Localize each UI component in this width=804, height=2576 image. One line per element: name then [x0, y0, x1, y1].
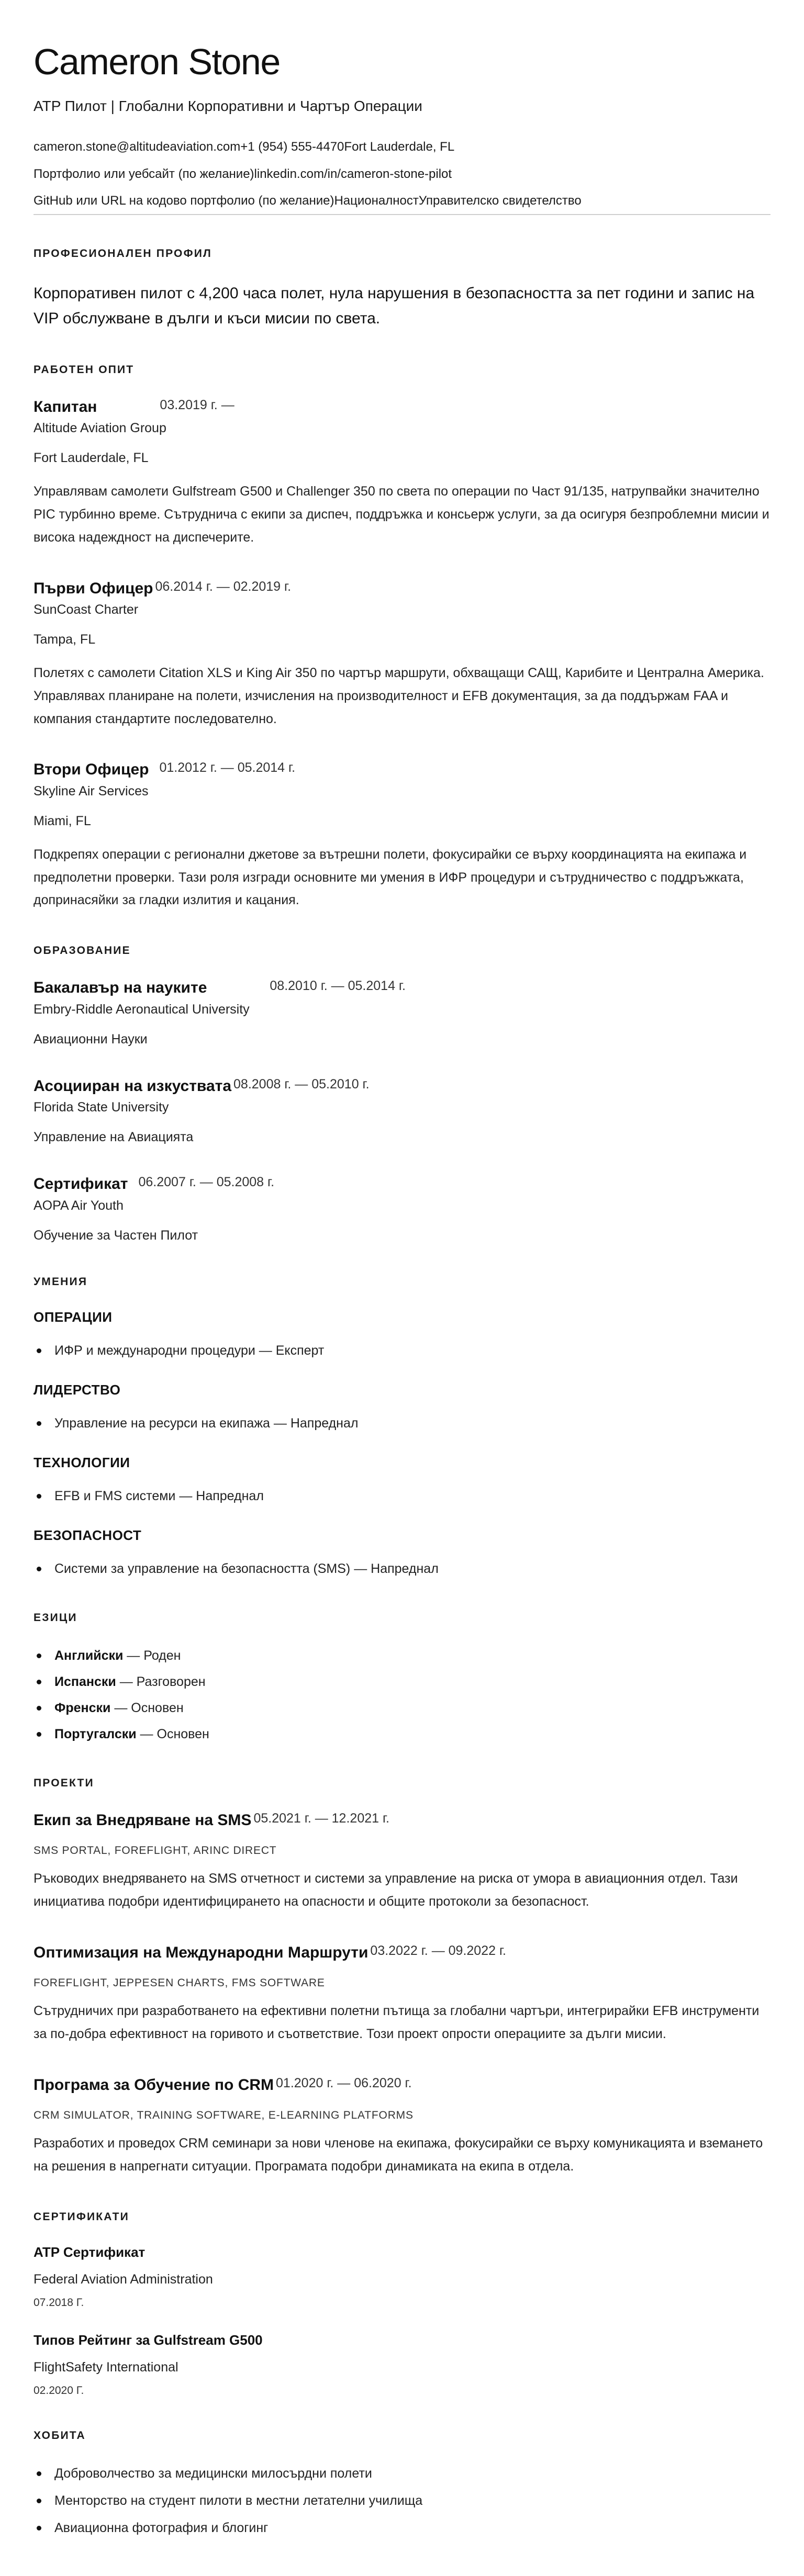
project-title: Оптимизация на Международни Маршрути	[33, 1943, 368, 1963]
project-tech: SMS Portal, ForeFlight, ARINC Direct	[33, 1844, 770, 1857]
skill-item: Управление на ресурси на екипажа — Напре…	[33, 1413, 770, 1434]
skill-group: Операции ИФР и международни процедури — …	[33, 1309, 770, 1361]
project-item: Екип за Внедряване на SMS 05.2021 г. — 1…	[33, 1810, 770, 1914]
certificate-date: 07.2018 г.	[33, 2297, 770, 2309]
projects-section: Проекти Екип за Внедряване на SMS 05.202…	[33, 1777, 770, 2178]
job-dates: 01.2012 г. — 05.2014 г.	[159, 760, 295, 775]
section-title-experience: Работен опит	[33, 364, 770, 376]
languages-section: Езици Английски — Роден Испански — Разго…	[33, 1612, 770, 1745]
section-title-projects: Проекти	[33, 1777, 770, 1790]
education-dates: 08.2010 г. — 05.2014 г.	[270, 978, 406, 994]
project-title: Екип за Внедряване на SMS	[33, 1810, 251, 1830]
certificate-date: 02.2020 г.	[33, 2384, 770, 2397]
contact-linkedin[interactable]: linkedin.com/in/cameron-stone-pilot	[254, 166, 452, 182]
skill-group: Лидерство Управление на ресурси на екипа…	[33, 1382, 770, 1434]
skill-group: Безопасност Системи за управление на без…	[33, 1527, 770, 1579]
certificate-issuer: Federal Aviation Administration	[33, 2272, 770, 2287]
project-tech: CRM Simulator, Training Software, E-Lear…	[33, 2109, 770, 2122]
candidate-headline: ATP Пилот | Глобални Корпоративни и Чарт…	[33, 97, 770, 116]
hobby-item: Доброволчество за медицински милосърдни …	[33, 2463, 770, 2484]
job-description: Полетях с самолети Citation XLS и King A…	[33, 662, 770, 730]
skill-group-title: Безопасност	[33, 1527, 770, 1544]
project-item: Оптимизация на Международни Маршрути 03.…	[33, 1943, 770, 2046]
section-title-languages: Езици	[33, 1612, 770, 1624]
certificate-name: ATP Сертификат	[33, 2244, 770, 2260]
project-item: Програма за Обучение по CRM 01.2020 г. —…	[33, 2075, 770, 2178]
school-name: AOPA Air Youth	[33, 1198, 770, 1213]
job-location: Tampa, FL	[33, 632, 770, 647]
job-description: Управлявам самолети Gulfstream G500 и Ch…	[33, 480, 770, 549]
certificate-name: Типов Рейтинг за Gulfstream G500	[33, 2332, 770, 2348]
section-title-hobbies: Хобита	[33, 2429, 770, 2442]
language-item: Френски — Основен	[33, 1697, 770, 1718]
project-description: Разработих и проведох CRM семинари за но…	[33, 2132, 770, 2178]
contact-github[interactable]: GitHub или URL на кодово портфолио (по ж…	[33, 193, 334, 209]
degree-title: Бакалавър на науките	[33, 978, 207, 998]
field-of-study: Авиационни Науки	[33, 1032, 770, 1047]
skill-item: EFB и FMS системи — Напреднал	[33, 1486, 770, 1506]
section-title-certificates: Сертификати	[33, 2211, 770, 2223]
contact-row-extra: GitHub или URL на кодово портфолио (по ж…	[33, 193, 770, 209]
skill-group-title: Операции	[33, 1309, 770, 1325]
hobby-item: Менторство на студент пилоти в местни ле…	[33, 2490, 770, 2511]
skill-item: ИФР и международни процедури — Експерт	[33, 1340, 770, 1361]
degree-title: Сертификат	[33, 1174, 128, 1194]
language-item: Испански — Разговорен	[33, 1671, 770, 1692]
hobby-item: Авиационна фотография и блогинг	[33, 2517, 770, 2538]
job-title: Първи Офицер	[33, 579, 153, 599]
project-title: Програма за Обучение по CRM	[33, 2075, 274, 2095]
education-dates: 06.2007 г. — 05.2008 г.	[139, 1174, 275, 1190]
project-description: Сътрудничих при разработването на ефекти…	[33, 2000, 770, 2046]
experience-section: Работен опит Капитан 03.2019 г. — Altitu…	[33, 364, 770, 912]
skill-group-title: Лидерство	[33, 1382, 770, 1398]
education-dates: 08.2008 г. — 05.2010 г.	[233, 1076, 370, 1092]
contact-row-links: Портфолио или уебсайт (по желание) linke…	[33, 166, 770, 182]
experience-item: Първи Офицер 06.2014 г. — 02.2019 г. Sun…	[33, 579, 770, 731]
contact-row-primary: cameron.stone@altitudeaviation.com +1 (9…	[33, 139, 770, 155]
job-company: Skyline Air Services	[33, 784, 770, 799]
contact-portfolio[interactable]: Портфолио или уебсайт (по желание)	[33, 166, 254, 182]
project-dates: 01.2020 г. — 06.2020 г.	[276, 2075, 412, 2091]
job-company: SunCoast Charter	[33, 602, 770, 617]
candidate-name: Cameron Stone	[33, 42, 770, 82]
job-location: Fort Lauderdale, FL	[33, 451, 770, 466]
certificate-item: ATP Сертификат Federal Aviation Administ…	[33, 2244, 770, 2309]
profile-summary: Корпоративен пилот с 4,200 часа полет, н…	[33, 281, 770, 331]
job-title: Втори Офицер	[33, 760, 149, 780]
education-section: Образование Бакалавър на науките 08.2010…	[33, 944, 770, 1243]
contact-location: Fort Lauderdale, FL	[344, 139, 454, 155]
skill-group: Технологии EFB и FMS системи — Напреднал	[33, 1455, 770, 1506]
contact-nationality: Националност	[334, 193, 418, 209]
field-of-study: Управление на Авиацията	[33, 1130, 770, 1145]
profile-section: Професионален профил Корпоративен пилот …	[33, 248, 770, 331]
project-dates: 03.2022 г. — 09.2022 г.	[370, 1943, 506, 1959]
resume-header: Cameron Stone ATP Пилот | Глобални Корпо…	[33, 42, 770, 215]
contact-phone[interactable]: +1 (954) 555-4470	[240, 139, 344, 155]
field-of-study: Обучение за Частен Пилот	[33, 1228, 770, 1243]
education-item: Асоцииран на изкуствата 08.2008 г. — 05.…	[33, 1076, 770, 1145]
job-dates: 06.2014 г. — 02.2019 г.	[155, 579, 291, 594]
job-company: Altitude Aviation Group	[33, 421, 770, 436]
project-description: Ръководих внедряването на SMS отчетност …	[33, 1868, 770, 1914]
skill-group-title: Технологии	[33, 1455, 770, 1471]
header-divider	[33, 214, 770, 215]
project-dates: 05.2021 г. — 12.2021 г.	[253, 1810, 389, 1826]
certificates-section: Сертификати ATP Сертификат Federal Aviat…	[33, 2211, 770, 2397]
experience-item: Капитан 03.2019 г. — Altitude Aviation G…	[33, 397, 770, 549]
education-item: Бакалавър на науките 08.2010 г. — 05.201…	[33, 978, 770, 1047]
job-description: Подкрепях операции с регионални джетове …	[33, 843, 770, 912]
certificate-item: Типов Рейтинг за Gulfstream G500 FlightS…	[33, 2332, 770, 2397]
language-item: Португалски — Основен	[33, 1724, 770, 1745]
job-dates: 03.2019 г. —	[160, 397, 234, 413]
project-tech: ForeFlight, Jeppesen Charts, FMS Softwar…	[33, 1977, 770, 1989]
contact-email[interactable]: cameron.stone@altitudeaviation.com	[33, 139, 240, 155]
language-item: Английски — Роден	[33, 1645, 770, 1666]
experience-item: Втори Офицер 01.2012 г. — 05.2014 г. Sky…	[33, 760, 770, 912]
school-name: Florida State University	[33, 1100, 770, 1115]
contact-drivers-license: Управителско свидетелство	[419, 193, 582, 209]
job-title: Капитан	[33, 397, 97, 417]
section-title-education: Образование	[33, 944, 770, 957]
education-item: Сертификат 06.2007 г. — 05.2008 г. AOPA …	[33, 1174, 770, 1243]
resume-page: Cameron Stone ATP Пилот | Глобални Корпо…	[0, 0, 804, 2576]
job-location: Miami, FL	[33, 814, 770, 829]
school-name: Embry-Riddle Aeronautical University	[33, 1002, 770, 1017]
degree-title: Асоцииран на изкуствата	[33, 1076, 231, 1096]
hobbies-section: Хобита Доброволчество за медицински мило…	[33, 2429, 770, 2538]
certificate-issuer: FlightSafety International	[33, 2360, 770, 2375]
skill-item: Системи за управление на безопасността (…	[33, 1558, 770, 1579]
section-title-profile: Професионален профил	[33, 248, 770, 260]
section-title-skills: Умения	[33, 1276, 770, 1288]
skills-section: Умения Операции ИФР и международни проце…	[33, 1276, 770, 1579]
